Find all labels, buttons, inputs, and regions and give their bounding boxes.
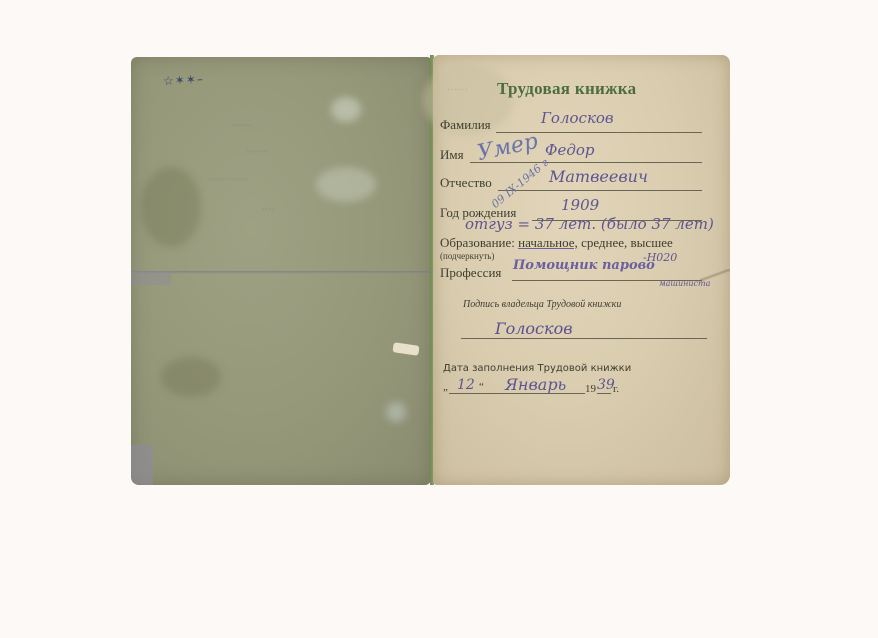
education-option-primary: начальное, [518, 235, 578, 250]
handwritten-mark: ☆✶✶– [163, 72, 205, 88]
worn-spot [331, 97, 361, 122]
worn-corner [131, 445, 153, 485]
education-option-secondary: среднее, [581, 235, 627, 250]
stain [141, 167, 201, 247]
paper-tear [392, 342, 419, 356]
fill-date-caption: Дата заполнения Трудовой книжки [443, 363, 631, 374]
signature-caption: Подпись владельца Трудовой книжки [463, 299, 621, 310]
fill-line [470, 162, 702, 163]
worn-spot [386, 402, 406, 422]
surname-label: Фамилия [440, 117, 491, 133]
document-title: Трудовая книжка [497, 79, 636, 99]
profession-superscript: -Н020 [643, 251, 677, 264]
faded-imprint-line: ······ [246, 145, 267, 158]
profession-label: Профессия [440, 265, 501, 281]
fill-line [498, 190, 702, 191]
left-cover-page: ☆✶✶– ······ ······ ············ ···· [131, 57, 431, 485]
faded-imprint-line: ······ [231, 119, 252, 132]
year-prefix: 19 [585, 383, 596, 395]
patronymic-value: Матвеевич [549, 167, 648, 186]
worn-corner [131, 271, 171, 285]
signature-line [461, 338, 707, 339]
faded-imprint-line: ···· [261, 203, 275, 216]
education-field: Образование: начальное, среднее, высшее [440, 235, 673, 251]
fill-day: 12 [457, 377, 475, 393]
fill-month: Январь [505, 375, 566, 394]
birth-year-value: 1909 [561, 196, 599, 214]
stain [161, 357, 221, 397]
faded-imprint-line: ············ [207, 173, 249, 186]
profession-value: Помощник парово [513, 258, 655, 273]
labor-book-title-page: ······ Трудовая книжка Фамилия Голосков … [433, 55, 730, 485]
faded-header: ······ [447, 83, 468, 96]
close-quote: “ [479, 381, 484, 393]
page-crease [700, 269, 730, 281]
year-line [597, 393, 611, 394]
year-unit: г. [613, 383, 619, 395]
age-note: отгуз = 37 лет. (было 37 лет) [465, 215, 714, 233]
page-fold [131, 271, 431, 274]
open-quote: „ [443, 381, 448, 393]
patronymic-label: Отчество [440, 175, 492, 191]
name-label: Имя [440, 147, 464, 163]
worn-spot [316, 167, 376, 202]
owner-signature: Голосков [495, 319, 573, 338]
education-option-higher: высшее [631, 235, 673, 250]
name-value: Федор [545, 141, 594, 159]
surname-value: Голосков [541, 109, 614, 127]
scanned-page: ☆✶✶– ······ ······ ············ ···· ···… [0, 0, 878, 638]
education-label: Образование: [440, 235, 515, 250]
education-note: (подчеркнуть) [440, 251, 494, 261]
